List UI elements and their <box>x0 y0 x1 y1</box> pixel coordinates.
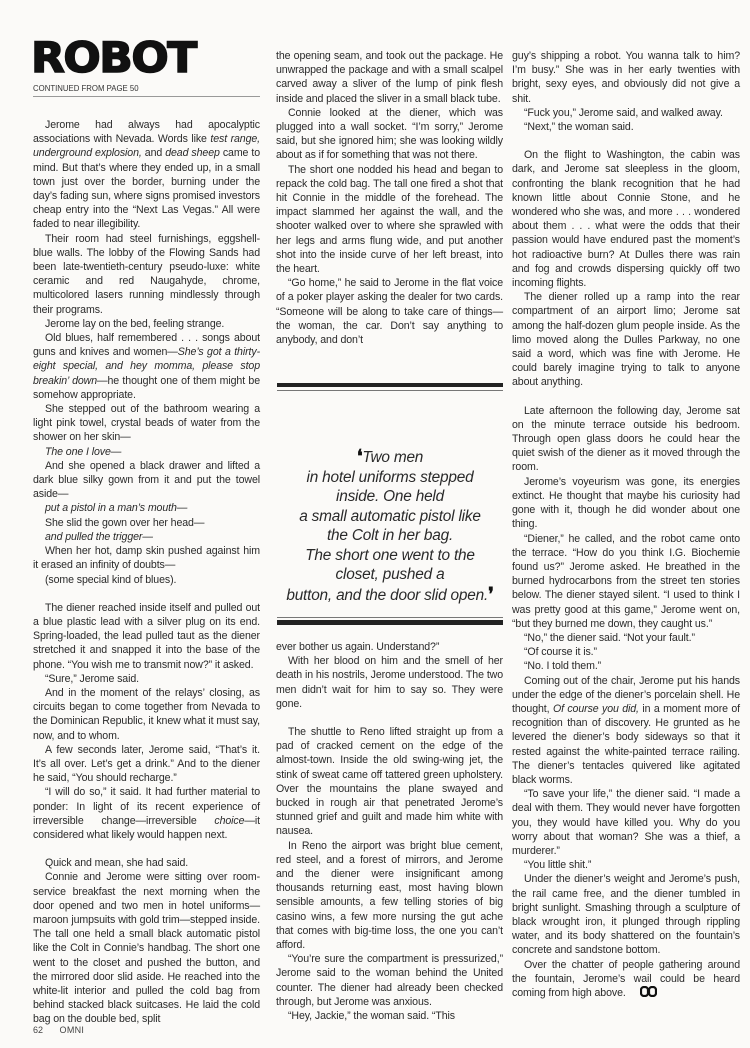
paragraph: Jerome’s voyeurism was gone, its energie… <box>512 475 740 532</box>
paragraph: Over the chatter of people gathering aro… <box>512 958 740 1002</box>
close-quote-icon: ❜ <box>488 584 494 604</box>
pullquote-top-rule-thin <box>277 390 503 391</box>
paragraph: “Of course it is.” <box>512 645 740 659</box>
paragraph: Coming out of the chair, Jerome put his … <box>512 674 740 788</box>
paragraph: Connie and Jerome were sitting over room… <box>33 870 260 1026</box>
column-1: Jerome had always had apocalyptic associ… <box>33 118 260 1027</box>
continued-from-label: CONTINUED FROM PAGE 50 <box>33 84 139 93</box>
paragraph: “Go home,” he said to Jerome in the flat… <box>276 276 503 347</box>
paragraph: “To save your life,” the diener said. “I… <box>512 787 740 858</box>
column-2-top: the opening seam, and took out the packa… <box>276 49 503 347</box>
omni-end-mark-icon <box>628 986 657 1001</box>
paragraph: Connie looked at the diener, which was p… <box>276 106 503 163</box>
paragraph: Jerome had always had apocalyptic associ… <box>33 118 260 232</box>
paragraph: put a pistol in a man’s mouth— <box>33 501 260 515</box>
paragraph: “Fuck you,” Jerome said, and walked away… <box>512 106 740 120</box>
title-divider <box>33 96 260 97</box>
magazine-name: OMNI <box>60 1025 85 1035</box>
paragraph: “Sure,” Jerome said. <box>33 672 260 686</box>
paragraph: Late afternoon the following day, Jerome… <box>512 404 740 475</box>
paragraph: “No,” the diener said. “Not your fault.” <box>512 631 740 645</box>
paragraph: “You’re sure the compartment is pressuri… <box>276 952 503 1009</box>
paragraph: On the flight to Washington, the cabin w… <box>512 148 740 290</box>
paragraph: “Hey, Jackie,” the woman said. “This <box>276 1009 503 1023</box>
paragraph: Jerome lay on the bed, feeling strange. <box>33 317 260 331</box>
paragraph: and pulled the trigger— <box>33 530 260 544</box>
paragraph: She stepped out of the bathroom wearing … <box>33 402 260 445</box>
paragraph: The diener reached inside itself and pul… <box>33 601 260 672</box>
page-footer: 62 OMNI <box>33 1025 84 1035</box>
paragraph: The short one nodded his head and began … <box>276 163 503 277</box>
pullquote-bottom-rule <box>277 620 503 625</box>
story-title: ROBOT <box>31 38 196 80</box>
column-2-bottom: ever bother us again. Understand?” With … <box>276 640 503 1023</box>
pullquote: ❛Two men in hotel uniforms stepped insid… <box>272 447 508 605</box>
paragraph: Their room had steel furnishings, eggshe… <box>33 232 260 317</box>
paragraph: (some special kind of blues). <box>33 573 260 587</box>
paragraph: ever bother us again. Understand?” <box>276 640 503 654</box>
paragraph: Under the diener’s weight and Jerome’s p… <box>512 872 740 957</box>
paragraph: A few seconds later, Jerome said, “That’… <box>33 743 260 786</box>
paragraph: the opening seam, and took out the packa… <box>276 49 503 106</box>
pullquote-top-rule <box>277 383 503 387</box>
paragraph: Quick and mean, she had said. <box>33 856 260 870</box>
paragraph: And she opened a black drawer and lifted… <box>33 459 260 502</box>
paragraph: “Diener,” he called, and the robot came … <box>512 532 740 631</box>
pullquote-bottom-rule-thin <box>277 617 503 618</box>
column-3: guy’s shipping a robot. You wanna talk t… <box>512 49 740 1001</box>
paragraph: The diener rolled up a ramp into the rea… <box>512 290 740 389</box>
paragraph: The one I love— <box>33 445 260 459</box>
paragraph: Old blues, half remembered . . . songs a… <box>33 331 260 402</box>
paragraph: guy’s shipping a robot. You wanna talk t… <box>512 49 740 106</box>
paragraph: “I will do so,” it said. It had further … <box>33 785 260 842</box>
paragraph: “You little shit.” <box>512 858 740 872</box>
page-number: 62 <box>33 1025 43 1035</box>
paragraph: “Next,” the woman said. <box>512 120 740 134</box>
paragraph: When her hot, damp skin pushed against h… <box>33 544 260 572</box>
paragraph: In Reno the airport was bright blue ceme… <box>276 839 503 953</box>
paragraph: And in the moment of the relays’ closing… <box>33 686 260 743</box>
paragraph: She slid the gown over her head— <box>33 516 260 530</box>
paragraph: The shuttle to Reno lifted straight up f… <box>276 725 503 839</box>
paragraph: With her blood on him and the smell of h… <box>276 654 503 711</box>
paragraph: “No. I told them.” <box>512 659 740 673</box>
